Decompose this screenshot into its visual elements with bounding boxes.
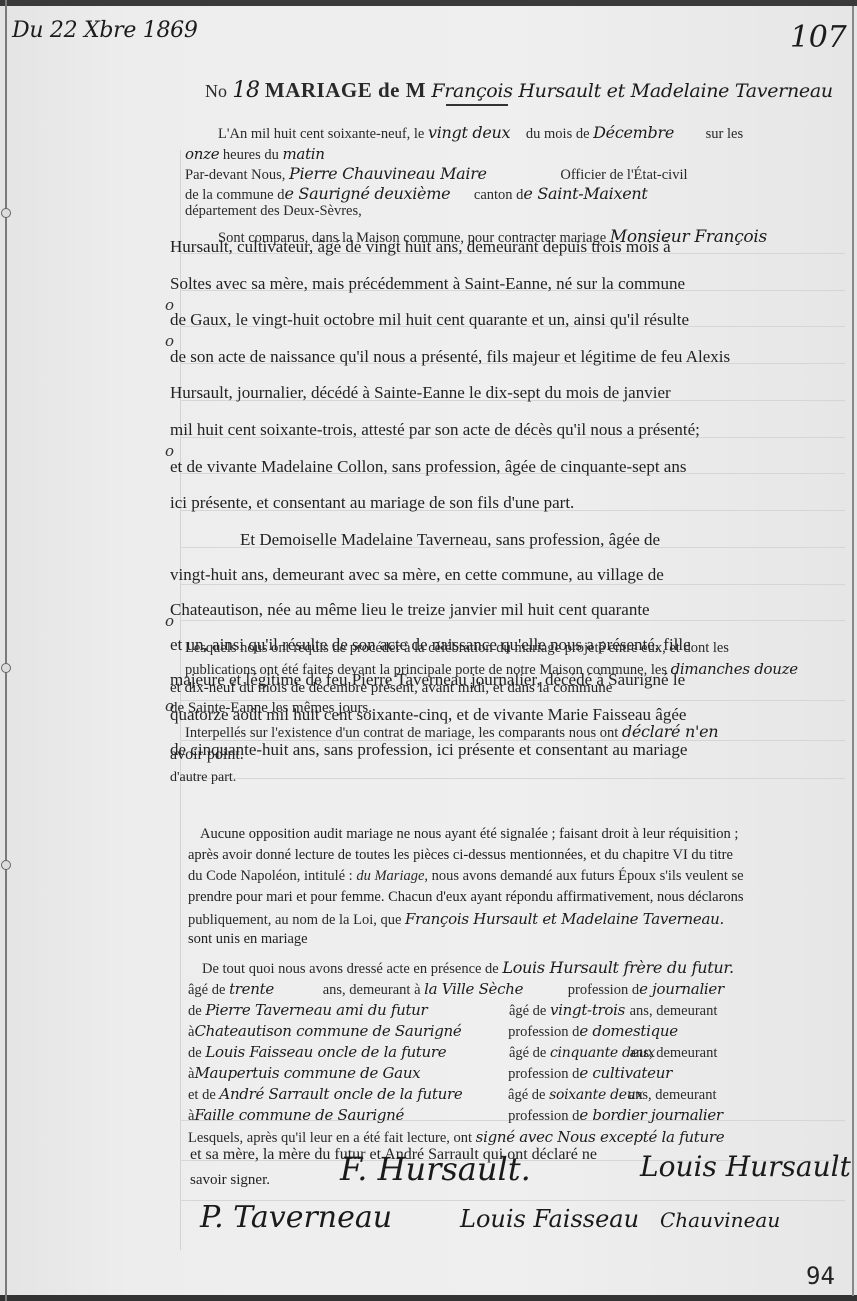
handwritten-hour: onze <box>185 145 219 163</box>
witness-name: Pierre Taverneau ami du futur <box>205 1001 505 1019</box>
printed-text: ans, demeurant à <box>323 982 421 998</box>
printed-text: de <box>188 1045 202 1061</box>
printed-text: profession d <box>508 1066 579 1082</box>
handwritten-time: matin <box>283 145 325 163</box>
closing-line-1: Lesquels, après qu'il leur en a été fait… <box>188 1128 724 1147</box>
printed-text: heures du <box>223 147 279 163</box>
closing-line-3: savoir signer. <box>190 1172 270 1189</box>
witness-profession: e bordier journalier <box>579 1106 722 1124</box>
page-right-edge <box>852 6 854 1296</box>
witness-profession: e domestique <box>579 1022 677 1040</box>
witness-1-details: âgé de trente ans, demeurant à la Ville … <box>188 980 724 999</box>
handwritten-month: Décembre <box>593 123 674 142</box>
printed-text: publiquement, au nom de la Loi, que <box>188 912 401 928</box>
printed-text: canton d <box>474 187 524 203</box>
printed-text: de la commune d <box>185 187 284 203</box>
witness-profession: e cultivateur <box>579 1064 672 1082</box>
groom-line: Hursault, journalier, décédé à Sainte-Ea… <box>170 383 671 403</box>
witness-3-residence-line: àMaupertuis commune de Gaux profession d… <box>188 1064 672 1083</box>
printed-text: ans, demeurant <box>629 1087 717 1103</box>
record-heading: MARIAGE de M <box>265 78 426 102</box>
page-number: 94 <box>806 1262 835 1290</box>
handwritten-publication-dates: dimanches douze <box>671 660 798 678</box>
printed-text: Officier de l'État-civil <box>560 167 687 183</box>
witness-3-name-line: de Louis Faisseau oncle de la future âgé… <box>188 1043 717 1062</box>
folio-number: 107 <box>790 20 846 55</box>
declaration-line-1: Aucune opposition audit mariage ne nous … <box>200 826 738 843</box>
contract-line: Interpellés sur l'existence d'un contrat… <box>185 722 718 742</box>
register-page: Du 22 Xbre 1869 107 No 18 MARIAGE de M F… <box>0 0 857 1301</box>
printed-text: profession d <box>568 982 639 998</box>
number-label: No <box>205 81 227 101</box>
printed-text: Lesquels, après qu'il leur en a été fait… <box>188 1130 472 1146</box>
witness-age: trente <box>229 980 319 998</box>
margin-mark: o <box>165 332 174 350</box>
printed-text: ans, demeurant <box>630 1045 718 1061</box>
handwritten-spouses: François Hursault et Madelaine Taverneau… <box>405 910 724 928</box>
declaration-line-6: sont unis en mariage <box>188 931 308 948</box>
handwritten-contract-answer: déclaré n'en <box>622 722 718 741</box>
witness-residence: Faille commune de Saurigné <box>194 1106 504 1124</box>
printed-text: et de <box>188 1087 216 1103</box>
bride-line: vingt-huit ans, demeurant avec sa mère, … <box>170 565 664 585</box>
department-line: département des Deux-Sèvres, <box>185 203 362 220</box>
code-chapter-title: du Mariage <box>356 868 424 884</box>
witness-age: cinquante deux <box>550 1045 626 1061</box>
groom-line: ici présente, et consentant au mariage d… <box>170 493 574 513</box>
declaration-line-2: après avoir donné lecture de toutes les … <box>188 847 733 864</box>
handwritten-canton: e Saint-Maixent <box>523 184 647 203</box>
margin-mark: o <box>165 442 174 460</box>
ruled-line <box>180 778 845 779</box>
margin-mark: o <box>165 612 174 630</box>
printed-text: Interpellés sur l'existence d'un contrat… <box>185 725 618 741</box>
binding-knob <box>1 663 11 673</box>
binding-knob <box>1 208 11 218</box>
margin-mark: o <box>165 296 174 314</box>
scan-top-edge <box>0 0 857 6</box>
printed-text: âgé de <box>509 1045 546 1061</box>
groom-line: et de vivante Madelaine Collon, sans pro… <box>170 457 686 477</box>
publications-line-4: de Sainte-Eanne les mêmes jours. <box>170 700 372 717</box>
witness-4-name-line: et de André Sarrault oncle de la future … <box>188 1085 717 1104</box>
printed-text: âgé de <box>188 982 225 998</box>
witness-residence: Chateautison commune de Saurigné <box>194 1022 504 1040</box>
handwritten-commune: e Saurigné deuxième <box>284 184 450 203</box>
signature-witness-louis-hursault: Louis Hursault <box>640 1150 851 1183</box>
handwritten-day: vingt deux <box>428 123 510 142</box>
printed-text: âgé de <box>509 1003 546 1019</box>
signature-pierre-taverneau: P. Taverneau <box>200 1200 392 1235</box>
witness-residence: Maupertuis commune de Gaux <box>194 1064 504 1082</box>
publications-line-1: Lesquels nous ont requis de procéder à l… <box>185 640 729 657</box>
printed-text: De tout quoi nous avons dressé acte en p… <box>202 961 499 977</box>
witness-age: soixante deux <box>549 1087 625 1103</box>
spouse-names: François Hursault et Madelaine Taverneau <box>431 80 832 102</box>
printed-text: de <box>188 1003 202 1019</box>
binding-knob <box>1 860 11 870</box>
declaration-line-5: publiquement, au nom de la Loi, que Fran… <box>188 910 724 929</box>
signature-groom: F. Hursault. <box>340 1150 531 1188</box>
printed-text: profession d <box>508 1108 579 1124</box>
officer-line: Par-devant Nous, Pierre Chauvineau Maire… <box>185 164 688 184</box>
opening-line-2: onze heures du matin <box>185 145 325 164</box>
witness-name: Louis Faisseau oncle de la future <box>205 1043 505 1061</box>
witness-residence: la Ville Sèche <box>424 980 564 998</box>
commune-line: de la commune de Saurigné deuxième canto… <box>185 184 648 204</box>
record-number: 18 <box>232 78 259 103</box>
witness-age: vingt-trois <box>550 1001 626 1019</box>
groom-line: Soltes avec sa mère, mais précédemment à… <box>170 274 685 294</box>
declaration-line-3: du Code Napoléon, intitulé : du Mariage,… <box>188 868 744 885</box>
handwritten-officer: Pierre Chauvineau Maire <box>289 164 487 183</box>
scan-bottom-edge <box>0 1295 857 1301</box>
ruled-line <box>180 620 845 621</box>
witnesses-intro: De tout quoi nous avons dressé acte en p… <box>202 958 734 978</box>
printed-text: du mois de <box>526 126 590 142</box>
printed-text: sur les <box>706 126 743 142</box>
bride-line: d'autre part. <box>170 770 236 786</box>
margin-date-note: Du 22 Xbre 1869 <box>12 18 198 43</box>
printed-text: profession d <box>508 1024 579 1040</box>
printed-text: département des Deux-Sèvres, <box>185 203 362 219</box>
publications-line-3: et dix-neuf du mois de décembre présent,… <box>170 680 612 697</box>
signature-mayor: Chauvineau <box>660 1208 780 1232</box>
groom-line: Hursault, cultivateur, âgé de vingt huit… <box>170 237 671 257</box>
opening-line-1: L'An mil huit cent soixante-neuf, le vin… <box>218 123 743 143</box>
bride-line: de cinquante-huit ans, sans profession, … <box>170 740 687 760</box>
witness-4-residence-line: àFaille commune de Saurigné profession d… <box>188 1106 723 1125</box>
printed-text: du Code Napoléon, intitulé : <box>188 868 353 884</box>
declaration-line-4: prendre pour mari et pour femme. Chacun … <box>188 889 744 906</box>
witness-name: André Sarrault oncle de la future <box>219 1085 504 1103</box>
signature-louis-faisseau: Louis Faisseau <box>460 1205 639 1233</box>
record-title: No 18 MARIAGE de M François Hursault et … <box>205 78 833 103</box>
handwritten-signing-note: signé avec Nous excepté la future <box>476 1128 725 1146</box>
groom-line: de Gaux, le vingt-huit octobre mil huit … <box>170 310 689 330</box>
contract-line-2: avoir point. <box>170 746 244 764</box>
handwritten-witness-1: Louis Hursault frère du futur. <box>502 958 733 977</box>
witness-profession: e journalier <box>639 980 724 998</box>
printed-text: Par-devant Nous, <box>185 167 285 183</box>
printed-text: ans, demeurant <box>630 1003 718 1019</box>
bride-line: Chateautison, née au même lieu le treize… <box>170 600 650 620</box>
printed-text: âgé de <box>508 1087 545 1103</box>
printed-text: publications ont été faites devant la pr… <box>185 662 667 678</box>
witness-2-name-line: de Pierre Taverneau ami du futur âgé de … <box>188 1001 717 1020</box>
printed-text: L'An mil huit cent soixante-neuf, le <box>218 126 424 142</box>
groom-line: de son acte de naissance qu'il nous a pr… <box>170 347 730 367</box>
publications-line-2: publications ont été faites devant la pr… <box>185 660 798 679</box>
printed-text: , nous avons demandé aux futurs Époux s'… <box>424 868 743 884</box>
groom-line: mil huit cent soixante-trois, attesté pa… <box>170 420 700 440</box>
witness-2-residence-line: àChateautison commune de Saurigné profes… <box>188 1022 678 1041</box>
printed-text: Lesquels nous ont requis de procéder à l… <box>185 640 729 656</box>
title-rule <box>446 104 508 106</box>
binding-line <box>5 0 7 1301</box>
bride-line: Et Demoiselle Madelaine Taverneau, sans … <box>240 530 660 550</box>
